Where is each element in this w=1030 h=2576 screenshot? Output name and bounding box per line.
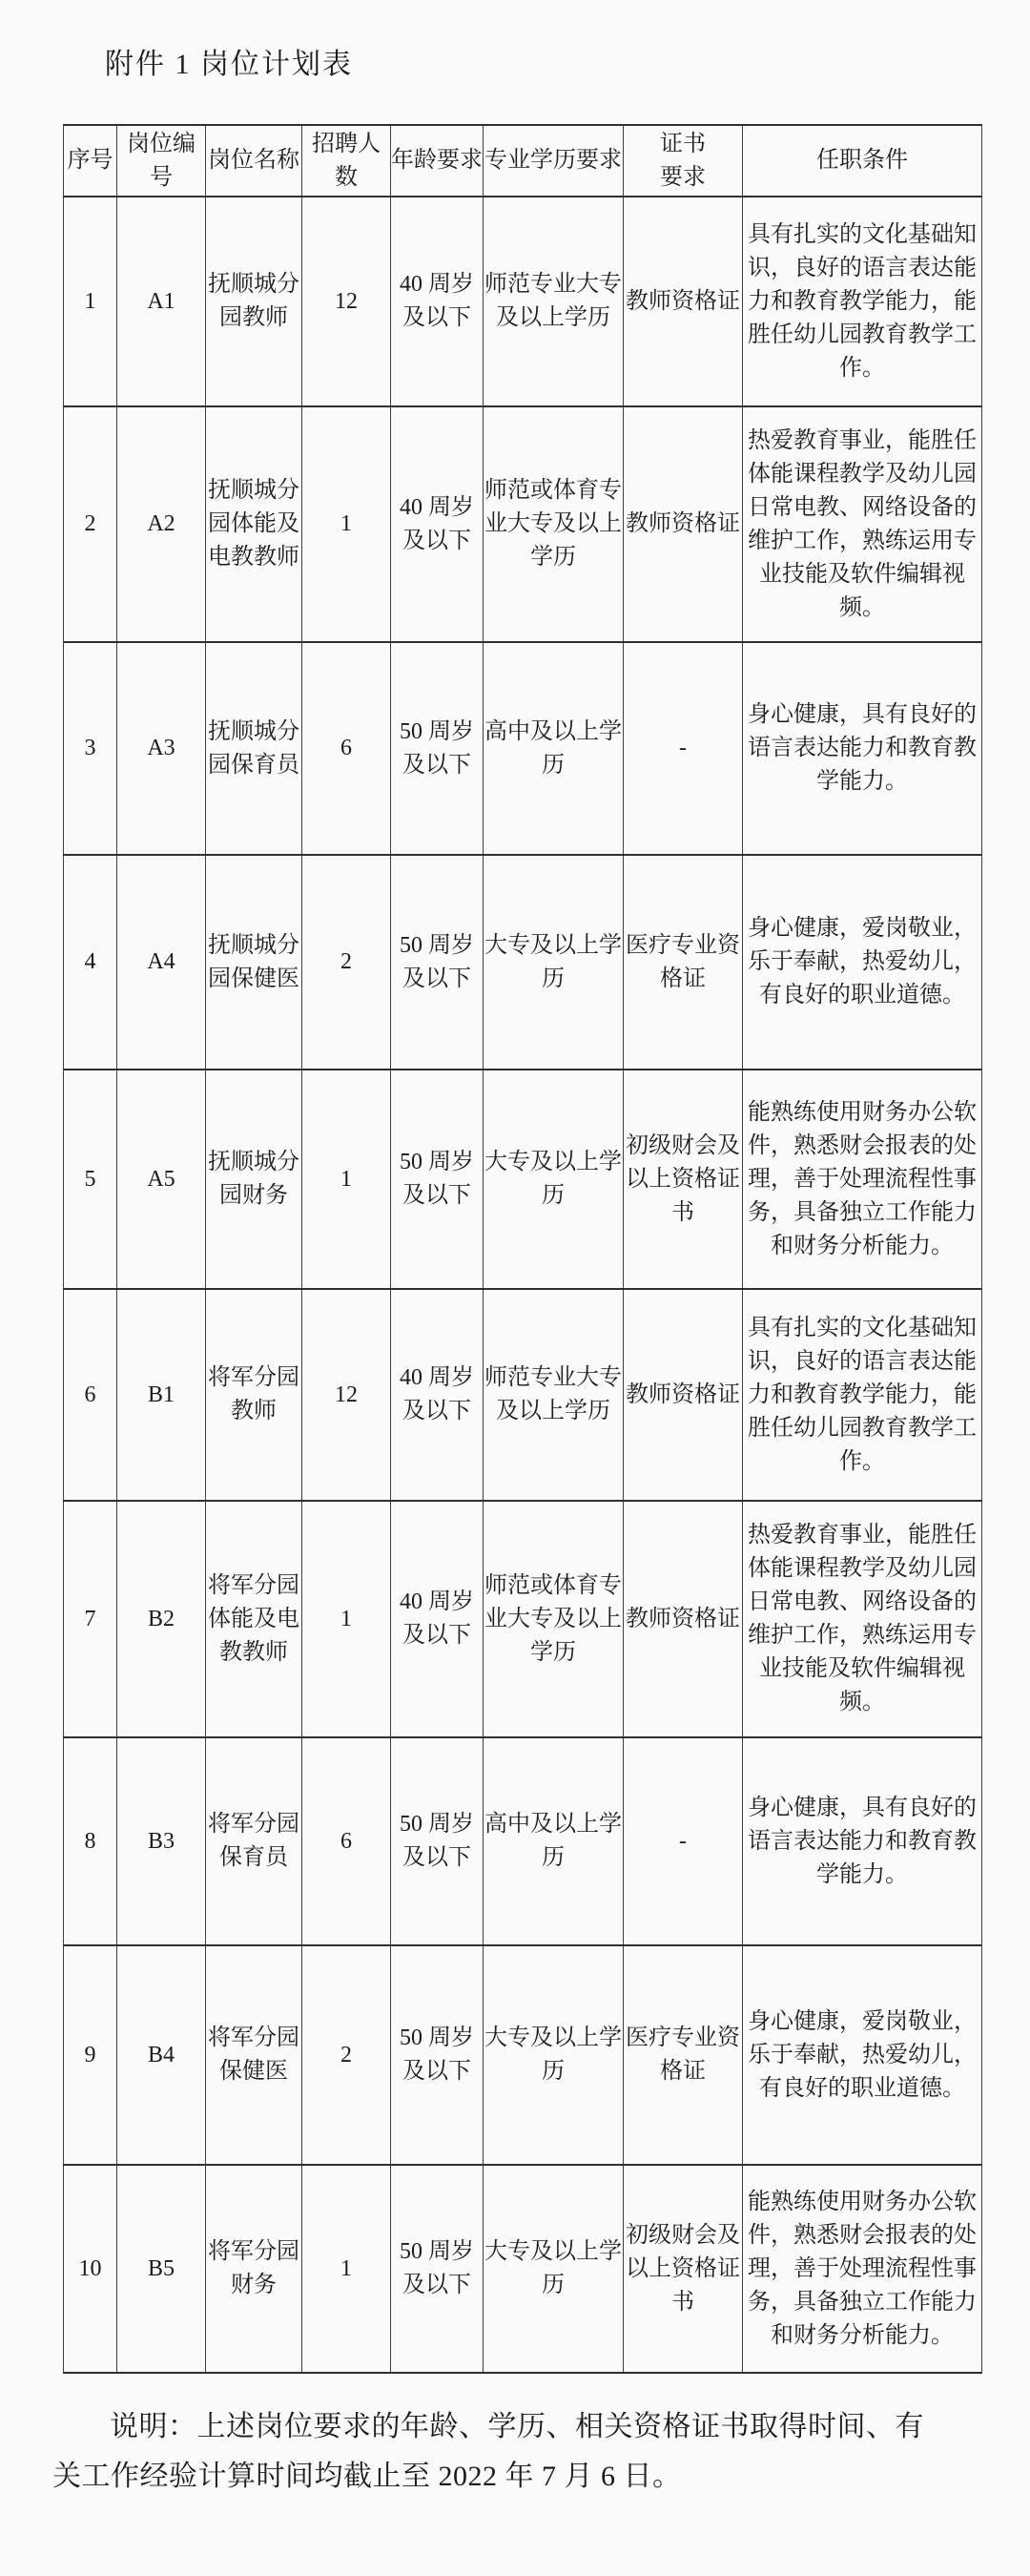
col-header-code: 岗位编号 [117, 125, 206, 197]
cell-requirements: 身心健康，爱岗敬业，乐于奉献，热爱幼儿，有良好的职业道德。 [743, 1945, 982, 2165]
attachment-title: 附件 1 岗位计划表 [105, 40, 353, 82]
cell-age: 50 周岁及以下 [391, 642, 484, 855]
cell-certificate: 教师资格证 [624, 1501, 743, 1737]
cell-name: 将军分园财务 [206, 2165, 302, 2373]
cell-name: 抚顺城分园保育员 [206, 642, 302, 855]
cell-no: 8 [64, 1737, 117, 1945]
cell-name: 将军分园教师 [206, 1289, 302, 1501]
cell-certificate: 教师资格证 [624, 406, 743, 642]
cell-count: 6 [302, 642, 391, 855]
table-row: 8B3将军分园保育员650 周岁及以下高中及以上学历-身心健康，具有良好的语言表… [64, 1737, 982, 1945]
cell-age: 40 周岁及以下 [391, 1501, 484, 1737]
cell-no: 3 [64, 642, 117, 855]
cell-education: 师范或体育专业大专及以上学历 [484, 406, 624, 642]
table-row: 2A2抚顺城分园体能及电教教师140 周岁及以下师范或体育专业大专及以上学历教师… [64, 406, 982, 642]
col-header-no: 序号 [64, 125, 117, 197]
cell-count: 1 [302, 2165, 391, 2373]
col-header-requirements: 任职条件 [743, 125, 982, 197]
cell-requirements: 具有扎实的文化基础知识，良好的语言表达能力和教育教学能力，能胜任幼儿园教育教学工… [743, 1289, 982, 1501]
cell-requirements: 具有扎实的文化基础知识，良好的语言表达能力和教育教学能力，能胜任幼儿园教育教学工… [743, 197, 982, 406]
table-row: 5A5抚顺城分园财务150 周岁及以下大专及以上学历初级财会及以上资格证书能熟练… [64, 1070, 982, 1289]
cell-age: 50 周岁及以下 [391, 1070, 484, 1289]
table-row: 4A4抚顺城分园保健医250 周岁及以下大专及以上学历医疗专业资格证身心健康，爱… [64, 855, 982, 1070]
cell-code: A5 [117, 1070, 206, 1289]
cell-code: B5 [117, 2165, 206, 2373]
cell-count: 1 [302, 406, 391, 642]
cell-certificate: 初级财会及以上资格证书 [624, 2165, 743, 2373]
col-header-certificate: 证书要求 [624, 125, 743, 197]
cell-requirements: 能熟练使用财务办公软件，熟悉财会报表的处理，善于处理流程性事务，具备独立工作能力… [743, 1070, 982, 1289]
table-row: 3A3抚顺城分园保育员650 周岁及以下高中及以上学历-身心健康，具有良好的语言… [64, 642, 982, 855]
cell-count: 12 [302, 197, 391, 406]
cell-requirements: 身心健康，具有良好的语言表达能力和教育教学能力。 [743, 642, 982, 855]
cell-certificate: 教师资格证 [624, 197, 743, 406]
cell-age: 40 周岁及以下 [391, 197, 484, 406]
table-row: 1A1抚顺城分园教师1240 周岁及以下师范专业大专及以上学历教师资格证具有扎实… [64, 197, 982, 406]
cell-name: 抚顺城分园体能及电教教师 [206, 406, 302, 642]
cell-certificate: 初级财会及以上资格证书 [624, 1070, 743, 1289]
cell-count: 1 [302, 1070, 391, 1289]
cell-no: 9 [64, 1945, 117, 2165]
cell-no: 5 [64, 1070, 117, 1289]
cell-certificate: - [624, 642, 743, 855]
cell-education: 大专及以上学历 [484, 1945, 624, 2165]
cell-code: B4 [117, 1945, 206, 2165]
table-row: 6B1将军分园教师1240 周岁及以下师范专业大专及以上学历教师资格证具有扎实的… [64, 1289, 982, 1501]
cell-count: 12 [302, 1289, 391, 1501]
table-header: 序号 岗位编号 岗位名称 招聘人数 年龄要求 专业学历要求 证书要求 任职条件 [64, 125, 982, 197]
cell-code: B2 [117, 1501, 206, 1737]
cell-count: 2 [302, 1945, 391, 2165]
cell-no: 7 [64, 1501, 117, 1737]
table-row: 10B5将军分园财务150 周岁及以下大专及以上学历初级财会及以上资格证书能熟练… [64, 2165, 982, 2373]
col-header-education: 专业学历要求 [484, 125, 624, 197]
cell-requirements: 能熟练使用财务办公软件，熟悉财会报表的处理，善于处理流程性事务，具备独立工作能力… [743, 2165, 982, 2373]
cell-no: 2 [64, 406, 117, 642]
document-page: 附件 1 岗位计划表 序号 岗位编号 岗位名称 招聘人数 年龄要求 专业学历要求… [0, 0, 1030, 2576]
cell-education: 师范专业大专及以上学历 [484, 197, 624, 406]
col-header-age: 年龄要求 [391, 125, 484, 197]
cell-name: 将军分园体能及电教教师 [206, 1501, 302, 1737]
cell-age: 50 周岁及以下 [391, 855, 484, 1070]
cell-name: 抚顺城分园保健医 [206, 855, 302, 1070]
cell-age: 50 周岁及以下 [391, 1737, 484, 1945]
cell-name: 将军分园保育员 [206, 1737, 302, 1945]
cell-code: A3 [117, 642, 206, 855]
cell-education: 高中及以上学历 [484, 1737, 624, 1945]
cell-code: A4 [117, 855, 206, 1070]
cell-name: 将军分园保健医 [206, 1945, 302, 2165]
table-row: 7B2将军分园体能及电教教师140 周岁及以下师范或体育专业大专及以上学历教师资… [64, 1501, 982, 1737]
cell-education: 高中及以上学历 [484, 642, 624, 855]
cell-age: 40 周岁及以下 [391, 1289, 484, 1501]
cell-certificate: - [624, 1737, 743, 1945]
cell-no: 4 [64, 855, 117, 1070]
cell-count: 2 [302, 855, 391, 1070]
cell-requirements: 身心健康，具有良好的语言表达能力和教育教学能力。 [743, 1737, 982, 1945]
cell-requirements: 热爱教育事业，能胜任体能课程教学及幼儿园日常电教、网络设备的维护工作，熟练运用专… [743, 1501, 982, 1737]
cell-no: 10 [64, 2165, 117, 2373]
cell-education: 大专及以上学历 [484, 2165, 624, 2373]
cell-name: 抚顺城分园财务 [206, 1070, 302, 1289]
cell-requirements: 热爱教育事业，能胜任体能课程教学及幼儿园日常电教、网络设备的维护工作，熟练运用专… [743, 406, 982, 642]
table-row: 9B4将军分园保健医250 周岁及以下大专及以上学历医疗专业资格证身心健康，爱岗… [64, 1945, 982, 2165]
cell-code: B1 [117, 1289, 206, 1501]
cell-certificate: 教师资格证 [624, 1289, 743, 1501]
footnote: 说明：上述岗位要求的年龄、学历、相关资格证书取得时间、有关工作经验计算时间均截止… [52, 2402, 930, 2502]
positions-table: 序号 岗位编号 岗位名称 招聘人数 年龄要求 专业学历要求 证书要求 任职条件 … [63, 124, 982, 2374]
cell-education: 大专及以上学历 [484, 1070, 624, 1289]
cell-code: A1 [117, 197, 206, 406]
cell-no: 6 [64, 1289, 117, 1501]
table-body: 1A1抚顺城分园教师1240 周岁及以下师范专业大专及以上学历教师资格证具有扎实… [64, 197, 982, 2373]
cell-requirements: 身心健康，爱岗敬业，乐于奉献，热爱幼儿，有良好的职业道德。 [743, 855, 982, 1070]
cell-education: 师范或体育专业大专及以上学历 [484, 1501, 624, 1737]
cell-count: 1 [302, 1501, 391, 1737]
col-header-name: 岗位名称 [206, 125, 302, 197]
cell-code: A2 [117, 406, 206, 642]
col-header-count: 招聘人数 [302, 125, 391, 197]
cell-certificate: 医疗专业资格证 [624, 1945, 743, 2165]
cell-age: 50 周岁及以下 [391, 2165, 484, 2373]
cell-name: 抚顺城分园教师 [206, 197, 302, 406]
cell-age: 50 周岁及以下 [391, 1945, 484, 2165]
cell-code: B3 [117, 1737, 206, 1945]
cell-age: 40 周岁及以下 [391, 406, 484, 642]
cell-education: 大专及以上学历 [484, 855, 624, 1070]
cell-count: 6 [302, 1737, 391, 1945]
cell-education: 师范专业大专及以上学历 [484, 1289, 624, 1501]
table-header-row: 序号 岗位编号 岗位名称 招聘人数 年龄要求 专业学历要求 证书要求 任职条件 [64, 125, 982, 197]
cell-no: 1 [64, 197, 117, 406]
cell-certificate: 医疗专业资格证 [624, 855, 743, 1070]
